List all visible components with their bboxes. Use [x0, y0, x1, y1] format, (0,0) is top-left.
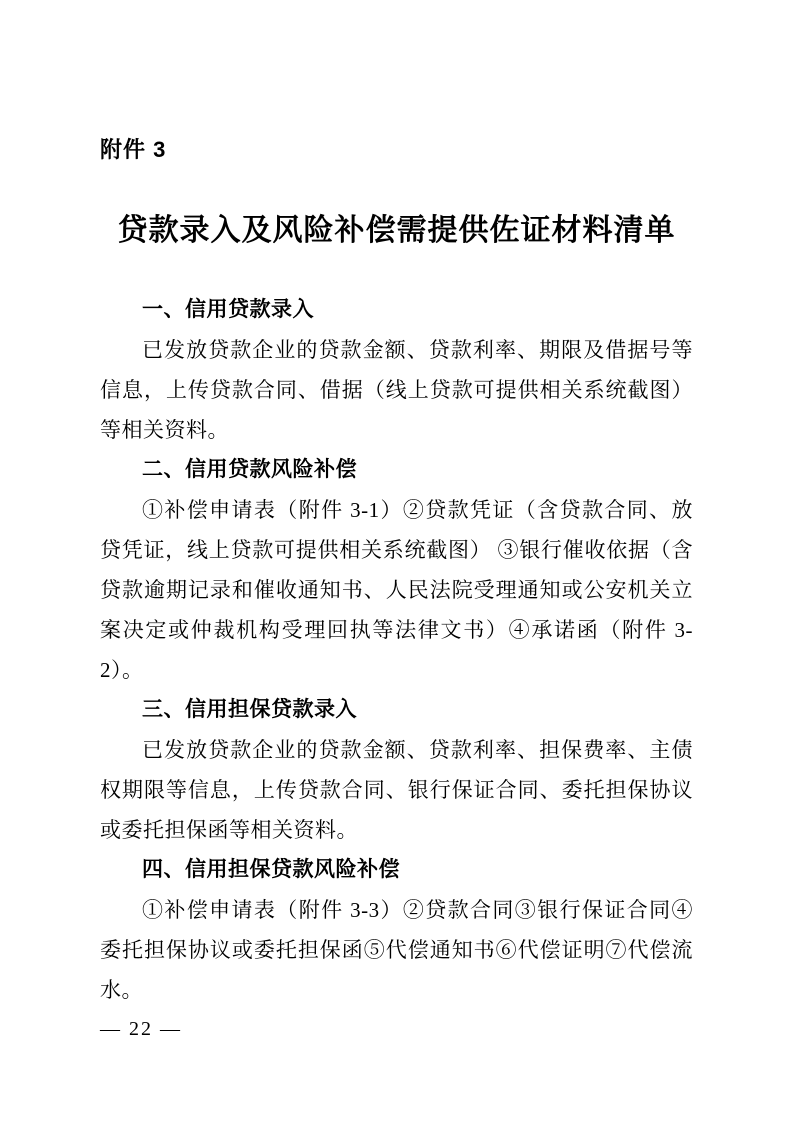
document-page: 附件 3 贷款录入及风险补偿需提供佐证材料清单 一、信用贷款录入 已发放贷款企业… [0, 0, 793, 1122]
section-body: 已发放贷款企业的贷款金额、贷款利率、期限及借据号等信息，上传贷款合同、借据（线上… [100, 330, 693, 450]
section-heading: 一、信用贷款录入 [100, 290, 693, 330]
attachment-label: 附件 3 [100, 134, 693, 166]
section-credit-loan-compensation: 二、信用贷款风险补偿 ①补偿申请表（附件 3-1）②贷款凭证（含贷款合同、放贷凭… [100, 450, 693, 690]
section-body: 已发放贷款企业的贷款金额、贷款利率、担保费率、主债权期限等信息，上传贷款合同、银… [100, 730, 693, 850]
section-heading: 三、信用担保贷款录入 [100, 690, 693, 730]
section-credit-loan-entry: 一、信用贷款录入 已发放贷款企业的贷款金额、贷款利率、期限及借据号等信息，上传贷… [100, 290, 693, 450]
document-title: 贷款录入及风险补偿需提供佐证材料清单 [100, 208, 693, 254]
section-body: ①补偿申请表（附件 3-1）②贷款凭证（含贷款合同、放贷凭证，线上贷款可提供相关… [100, 490, 693, 690]
section-heading: 四、信用担保贷款风险补偿 [100, 850, 693, 890]
section-heading: 二、信用贷款风险补偿 [100, 450, 693, 490]
page-number: — 22 — [100, 1015, 182, 1043]
section-body: ①补偿申请表（附件 3-3）②贷款合同③银行保证合同④委托担保协议或委托担保函⑤… [100, 890, 693, 1010]
section-guaranteed-loan-entry: 三、信用担保贷款录入 已发放贷款企业的贷款金额、贷款利率、担保费率、主债权期限等… [100, 690, 693, 850]
document-content: 附件 3 贷款录入及风险补偿需提供佐证材料清单 一、信用贷款录入 已发放贷款企业… [100, 0, 693, 1010]
section-guaranteed-loan-compensation: 四、信用担保贷款风险补偿 ①补偿申请表（附件 3-3）②贷款合同③银行保证合同④… [100, 850, 693, 1010]
